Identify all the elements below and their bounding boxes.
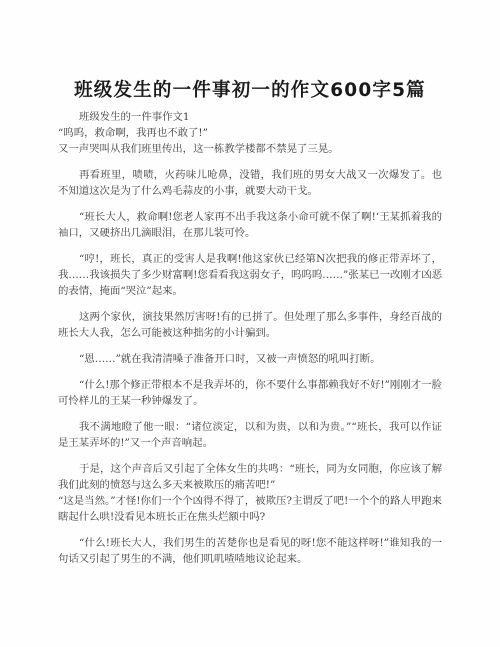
paragraph: 于是，这个声音后又引起了全体女生的共鸣：“班长，同为女同胞，你应该了解我们此刻的… (58, 461, 442, 493)
essay-body: 班级发生的一件事作文1 “呜呜，救命啊，我再也不敢了!” 又一声哭叫从我们班里传… (58, 109, 442, 567)
paragraph: 又一声哭叫从我们班里传出，这一栋教学楼都不禁晃了三晃。 (58, 141, 442, 157)
paragraph: 这两个家伙，演技果然厉害呀!有的已拼了。但处理了那么多事件，身经百战的班长大人我… (58, 309, 442, 341)
paragraph: “呜呜，救命啊，我再也不敢了!” (58, 125, 442, 141)
paragraph: “什么!班长大人，我们男生的苦楚你也是看见的呀!您不能这样呀!”谁知我的一句话又… (58, 535, 442, 567)
paragraph: “这是当然。”才怪!你们一个个凶得不得了，被欺压?主谓反了吧!一个个的路人甲跑来… (58, 493, 442, 525)
paragraph: “什么!那个修正带根本不是我弄坏的，你不要什么事都赖我好不好!”刚刚才一脸可怜样… (58, 377, 442, 409)
paragraph: “恩……”就在我清清嗓子准备开口时，又被一声愤怒的吼叫打断。 (58, 351, 442, 367)
page-title: 班级发生的一件事初一的作文600字5篇 (0, 76, 500, 102)
paragraph: 我不满地瞪了他一眼：“诸位淡定，以和为贵，以和为贵。”“班长，我可以作证是王某弄… (58, 419, 442, 451)
essay-subtitle: 班级发生的一件事作文1 (58, 109, 442, 125)
paragraph: “哼!，班长，真正的受害人是我啊!他这家伙已经第N次把我的修正带弄坏了，我……我… (58, 251, 442, 299)
paragraph: 再看班里，啧啧，火药味儿呛鼻，没错，我们班的男女大战又一次爆发了。也不知道这次是… (58, 167, 442, 199)
document-page: 班级发生的一件事初一的作文600字5篇 班级发生的一件事作文1 “呜呜，救命啊，… (0, 0, 500, 647)
paragraph: “班长大人，救命啊!您老人家再不出手我这条小命可就不保了啊!‘王某抓着我的袖口，… (58, 209, 442, 241)
